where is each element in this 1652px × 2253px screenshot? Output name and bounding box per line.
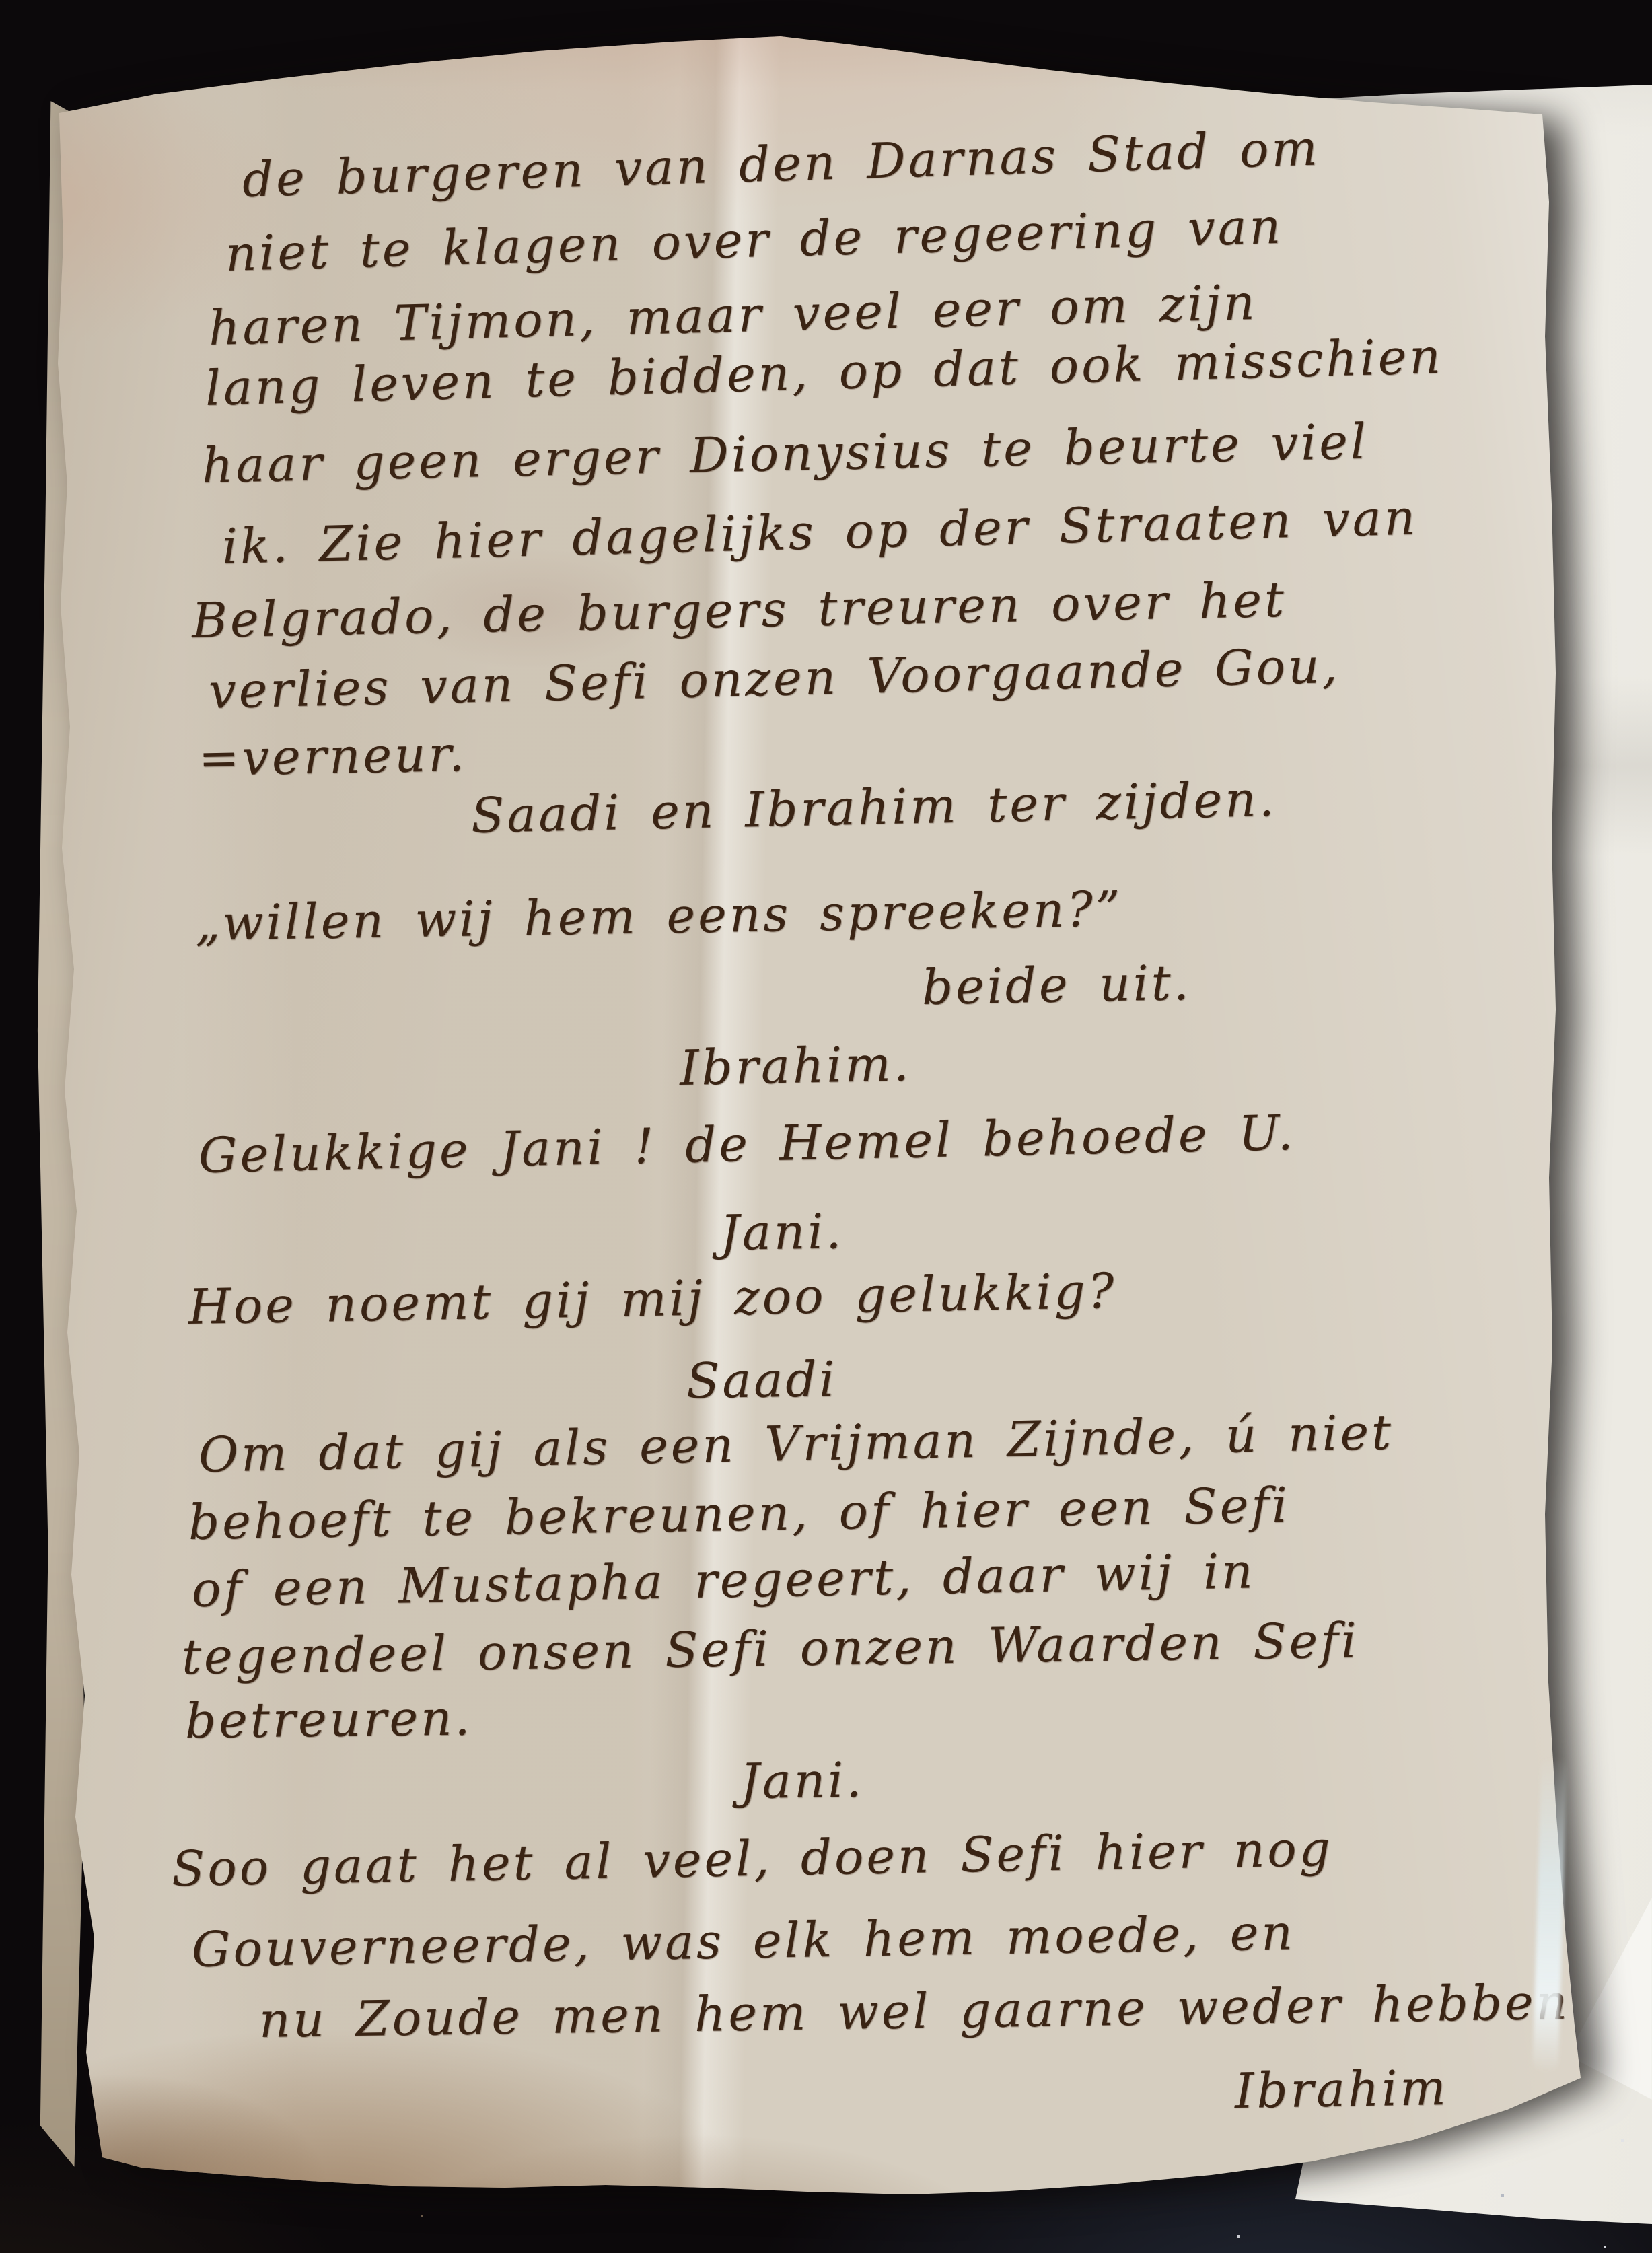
handwriting-line: ik. Zie hier dagelijks op der Straaten v…	[221, 489, 1418, 575]
photo-background: de burgeren van den Darnas Stad omniet t…	[0, 0, 1652, 2253]
handwriting-line: Saadi en Ibrahim ter zijden.	[470, 771, 1277, 844]
dust-specks	[0, 0, 1, 1]
handwriting-line: beide uit.	[921, 954, 1192, 1015]
handwriting-line: de burgeren van den Darnas Stad om	[242, 119, 1321, 207]
handwriting-line: Jani.	[740, 1752, 864, 1810]
handwriting-line: behoeft te bekreunen, of hier een Sefi	[188, 1476, 1290, 1550]
handwriting-line: verlies van Sefi onzen Voorgaande Gou,	[208, 637, 1340, 719]
handwriting-line: of een Mustapha regeert, daar wij in	[191, 1542, 1256, 1618]
handwriting-line: haar geen erger Dionysius te beurte viel	[201, 413, 1369, 494]
handwriting-line: Om dat gij als een Vrijman Zijnde, ú nie…	[198, 1404, 1394, 1483]
handwriting-line: „willen wij hem eens spreeken?”	[194, 880, 1123, 952]
handwriting-line: =verneur.	[198, 725, 467, 787]
handwriting-line: Saadi	[686, 1351, 837, 1409]
manuscript-page: de burgeren van den Darnas Stad omniet t…	[0, 0, 1652, 2253]
handwriting-line: niet te klagen over de regeering van	[225, 198, 1284, 282]
handwriting-line: Gelukkige Jani ! de Hemel behoede U.	[198, 1104, 1296, 1184]
handwriting-text-layer: de burgeren van den Darnas Stad omniet t…	[0, 0, 1652, 2253]
handwriting-line: Ibrahim.	[679, 1035, 912, 1096]
handwriting-line: nu Zoude men hem wel gaarne weder hebben…	[258, 1973, 1588, 2048]
handwriting-line: betreuren.	[185, 1690, 473, 1749]
handwriting-line: Soo gaat het al veel, doen Sefi hier nog	[171, 1820, 1333, 1897]
handwriting-line: Belgrado, de burgers treuren over het	[191, 571, 1287, 649]
handwriting-line: Ibrahim	[1234, 2059, 1449, 2119]
handwriting-line: Gouverneerde, was elk hem moede, en	[191, 1904, 1295, 1978]
handwriting-line: Jani.	[719, 1203, 844, 1261]
manuscript-paper-surface: de burgeren van den Darnas Stad omniet t…	[0, 0, 1652, 2253]
handwriting-line: Hoe noemt gij mij zoo gelukkig?	[188, 1262, 1117, 1335]
handwriting-line: tegendeel onsen Sefi onzen Waarden Sefi	[181, 1612, 1359, 1685]
